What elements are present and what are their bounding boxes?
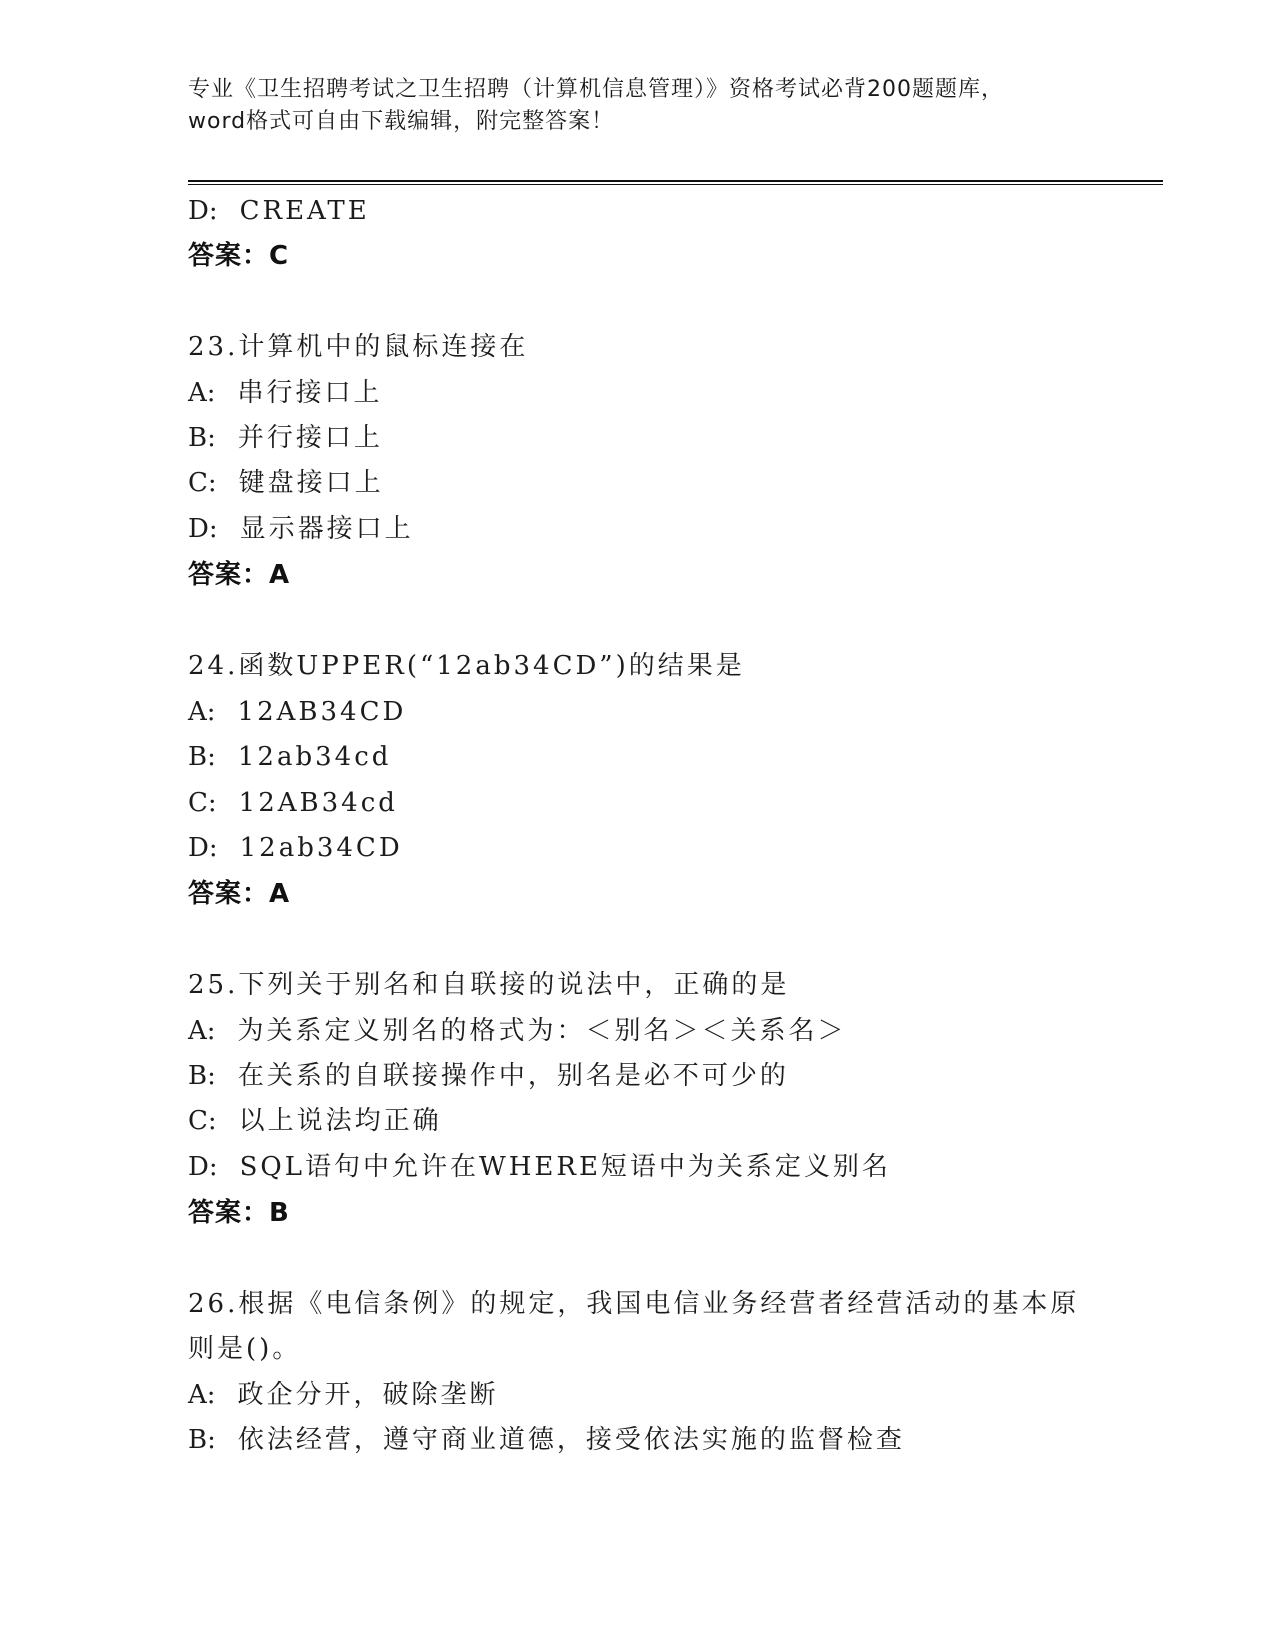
question-23-option-c: C:键盘接口上 bbox=[188, 466, 384, 500]
option-label: A: bbox=[188, 378, 216, 408]
option-label: A: bbox=[188, 697, 216, 727]
question-25-answer: 答案：B bbox=[188, 1196, 290, 1230]
option-label: B: bbox=[188, 742, 216, 772]
answer-continued: 答案：C bbox=[188, 239, 289, 273]
question-25-option-c: C:以上说法均正确 bbox=[188, 1104, 442, 1138]
option-text: 以上说法均正确 bbox=[239, 1106, 442, 1136]
question-23-answer: 答案：A bbox=[188, 558, 290, 592]
question-23-option-d: D:显示器接口上 bbox=[188, 512, 414, 546]
question-25-option-a: A:为关系定义别名的格式为：＜别名＞＜关系名＞ bbox=[188, 1014, 847, 1048]
question-24-option-d: D:12ab34CD bbox=[188, 831, 403, 865]
option-label: B: bbox=[188, 423, 216, 453]
option-label: A: bbox=[188, 1380, 216, 1410]
option-text: 显示器接口上 bbox=[240, 514, 414, 544]
option-text: 在关系的自联接操作中，别名是必不可少的 bbox=[238, 1061, 789, 1091]
header-title-line-2: word格式可自由下载编辑，附完整答案！ bbox=[188, 106, 1168, 138]
option-text: 12ab34CD bbox=[240, 833, 403, 863]
question-text: 下列关于别名和自联接的说法中，正确的是 bbox=[238, 970, 789, 1000]
option-label: C: bbox=[188, 1106, 217, 1136]
option-label: B: bbox=[188, 1061, 216, 1091]
document-header: 专业《卫生招聘考试之卫生招聘（计算机信息管理）》资格考试必背200题题库， wo… bbox=[188, 74, 1168, 138]
question-24-answer: 答案：A bbox=[188, 877, 290, 911]
option-label: B: bbox=[188, 1425, 216, 1455]
option-text: 12AB34CD bbox=[238, 697, 407, 727]
rule-thick-line bbox=[188, 180, 1163, 182]
question-24-option-c: C:12AB34cd bbox=[188, 786, 398, 820]
option-label: D: bbox=[188, 196, 218, 226]
question-23-option-a: A:串行接口上 bbox=[188, 376, 383, 410]
question-25-option-b: B:在关系的自联接操作中，别名是必不可少的 bbox=[188, 1059, 789, 1093]
rule-thin-line bbox=[188, 184, 1163, 185]
question-23-option-b: B:并行接口上 bbox=[188, 421, 383, 455]
question-number: 23. bbox=[188, 332, 238, 362]
option-label: C: bbox=[188, 468, 217, 498]
question-25-stem: 25.下列关于别名和自联接的说法中，正确的是 bbox=[188, 968, 789, 1002]
question-24-option-b: B:12ab34cd bbox=[188, 740, 391, 774]
option-text: CREATE bbox=[240, 196, 370, 226]
option-text: 12AB34cd bbox=[239, 788, 398, 818]
option-text: 为关系定义别名的格式为：＜别名＞＜关系名＞ bbox=[238, 1016, 847, 1046]
question-25-option-d: D:SQL语句中允许在WHERE短语中为关系定义别名 bbox=[188, 1150, 891, 1184]
question-24-option-a: A:12AB34CD bbox=[188, 695, 406, 729]
question-26-stem-continued: 则是()。 bbox=[188, 1332, 301, 1366]
option-text: 串行接口上 bbox=[238, 378, 383, 408]
question-26-stem: 26.根据《电信条例》的规定，我国电信业务经营者经营活动的基本原 bbox=[188, 1287, 1079, 1321]
option-text: 12ab34cd bbox=[238, 742, 392, 772]
option-text: 并行接口上 bbox=[238, 423, 383, 453]
question-number: 25. bbox=[188, 970, 238, 1000]
question-number: 26. bbox=[188, 1289, 238, 1319]
header-title-line-1: 专业《卫生招聘考试之卫生招聘（计算机信息管理）》资格考试必背200题题库， bbox=[188, 74, 1168, 106]
option-label: D: bbox=[188, 514, 218, 544]
option-label: C: bbox=[188, 788, 217, 818]
question-26-option-a: A:政企分开，破除垄断 bbox=[188, 1378, 499, 1412]
option-text: 键盘接口上 bbox=[239, 468, 384, 498]
header-double-rule bbox=[188, 180, 1163, 186]
question-26-option-b: B:依法经营，遵守商业道德，接受依法实施的监督检查 bbox=[188, 1423, 905, 1457]
question-number: 24. bbox=[188, 651, 238, 681]
option-text: 政企分开，破除垄断 bbox=[238, 1380, 499, 1410]
document-page: 专业《卫生招聘考试之卫生招聘（计算机信息管理）》资格考试必背200题题库， wo… bbox=[0, 0, 1275, 1650]
question-text: 根据《电信条例》的规定，我国电信业务经营者经营活动的基本原 bbox=[238, 1289, 1079, 1319]
option-d-continued: D:CREATE bbox=[188, 194, 370, 228]
option-label: D: bbox=[188, 833, 218, 863]
option-text: SQL语句中允许在WHERE短语中为关系定义别名 bbox=[240, 1152, 891, 1182]
option-text: 依法经营，遵守商业道德，接受依法实施的监督检查 bbox=[238, 1425, 905, 1455]
question-23-stem: 23.计算机中的鼠标连接在 bbox=[188, 330, 528, 364]
question-24-stem: 24.函数UPPER(“12ab34CD”)的结果是 bbox=[188, 649, 745, 683]
option-label: A: bbox=[188, 1016, 216, 1046]
question-text: 计算机中的鼠标连接在 bbox=[238, 332, 528, 362]
option-label: D: bbox=[188, 1152, 218, 1182]
question-text: 函数UPPER(“12ab34CD”)的结果是 bbox=[238, 651, 744, 681]
